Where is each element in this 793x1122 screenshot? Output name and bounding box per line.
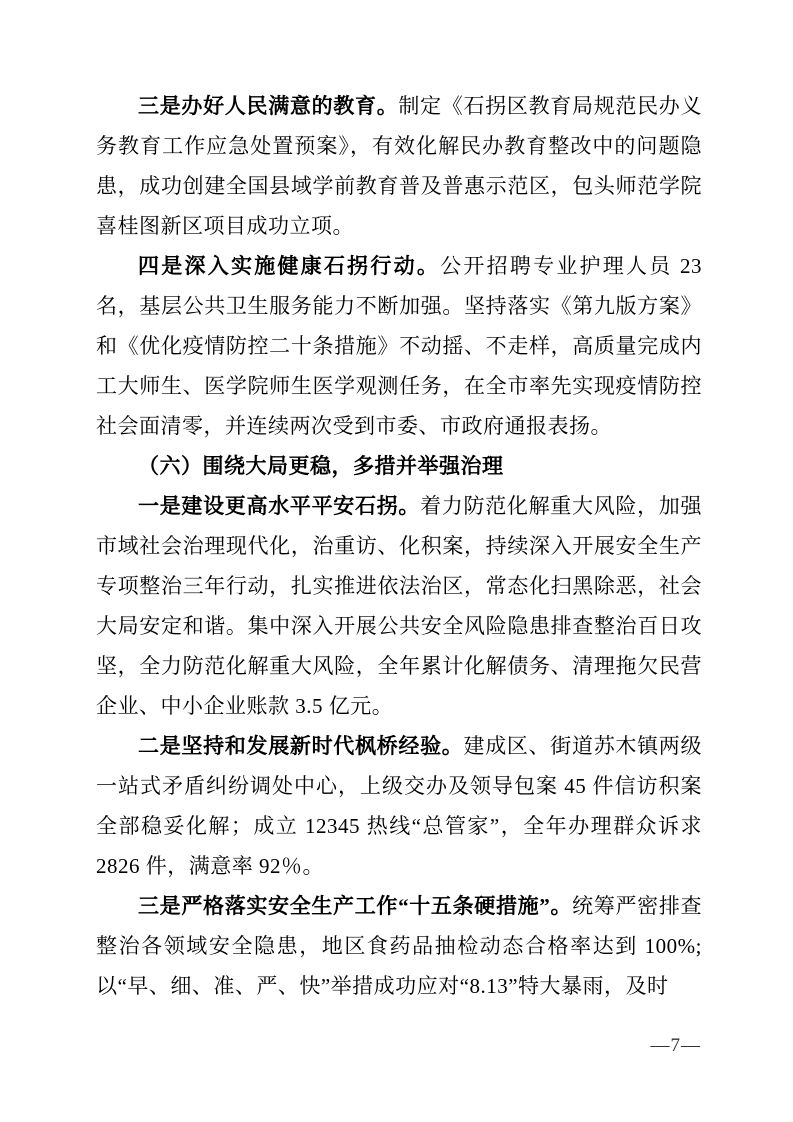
paragraph-safe-shiguai: 一是建设更高水平平安石拐。着力防范化解重大风险，加强市域社会治理现代化，治重访、… xyxy=(96,486,702,726)
paragraph-text: 着力防范化解重大风险，加强市域社会治理现代化，治重访、化积案，持续深入开展安全生… xyxy=(96,494,702,718)
paragraph-lead: 三是严格落实安全生产工作“十五条硬措施”。 xyxy=(138,894,572,918)
paragraph-lead: 三是办好人民满意的教育。 xyxy=(138,94,398,118)
section-heading-six: （六）围绕大局更稳，多措并举强治理 xyxy=(96,446,702,486)
paragraph-lead: 四是深入实施健康石拐行动。 xyxy=(138,254,440,278)
page-number: —7— xyxy=(651,1035,702,1056)
paragraph-lead: 二是坚持和发展新时代枫桥经验。 xyxy=(138,734,464,758)
paragraph-text: 公开招聘专业护理人员 23 名，基层公共卫生服务能力不断加强。坚持落实《第九版方… xyxy=(96,254,702,438)
paragraph-education: 三是办好人民满意的教育。制定《石拐区教育局规范民办义务教育工作应急处置预案》，有… xyxy=(96,86,702,246)
document-page: 三是办好人民满意的教育。制定《石拐区教育局规范民办义务教育工作应急处置预案》，有… xyxy=(0,0,793,1122)
section-heading-text: （六）围绕大局更稳，多措并举强治理 xyxy=(138,454,504,478)
paragraph-lead: 一是建设更高水平平安石拐。 xyxy=(138,494,420,518)
page-footer: —7— xyxy=(651,1034,702,1058)
paragraph-work-safety: 三是严格落实安全生产工作“十五条硬措施”。统筹严密排查整治各领域安全隐患，地区食… xyxy=(96,886,702,1006)
document-content: 三是办好人民满意的教育。制定《石拐区教育局规范民办义务教育工作应急处置预案》，有… xyxy=(96,86,702,1006)
paragraph-health-action: 四是深入实施健康石拐行动。公开招聘专业护理人员 23 名，基层公共卫生服务能力不… xyxy=(96,246,702,446)
paragraph-fengqiao-experience: 二是坚持和发展新时代枫桥经验。建成区、街道苏木镇两级一站式矛盾纠纷调处中心，上级… xyxy=(96,726,702,886)
